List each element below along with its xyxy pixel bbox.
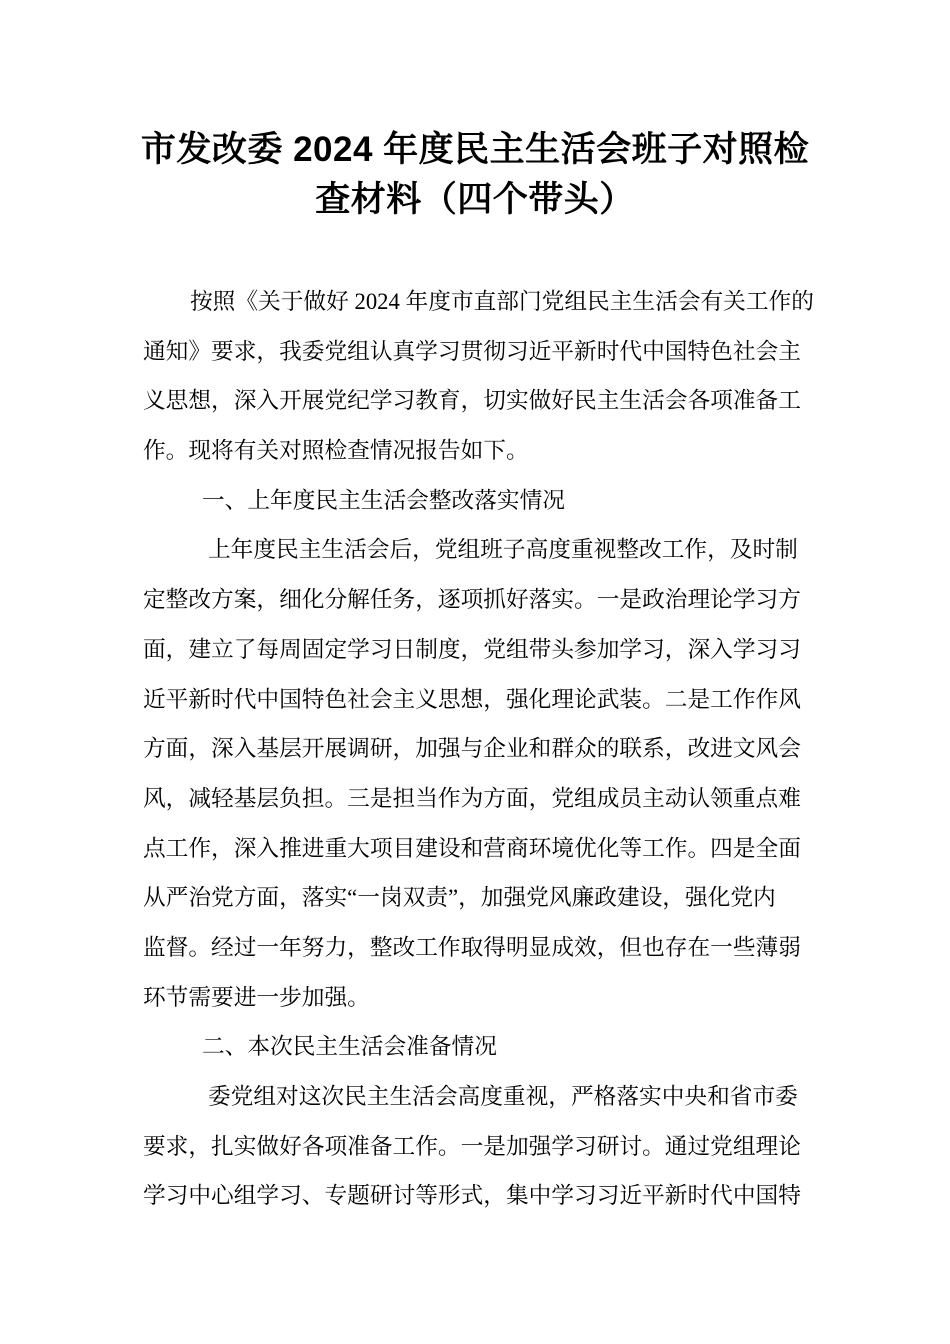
- text-line: 环节需要进一步加强。: [143, 973, 803, 1023]
- text-line: 从严治党方面，落实“一岗双责”，加强党风廉政建设，强化党内: [143, 873, 803, 923]
- text-line: 监督。经过一年努力，整改工作取得明显成效，但也存在一些薄弱: [143, 923, 803, 973]
- text-line: 点工作，深入推进重大项目建设和营商环境优化等工作。四是全面: [143, 824, 803, 874]
- text-line: 近平新时代中国特色社会主义思想，强化理论武装。二是工作作风: [143, 675, 803, 725]
- text-line: 上年度民主生活会后，党组班子高度重视整改工作，及时制: [143, 525, 803, 575]
- text-line: 按照《关于做好 2024 年度市直部门党组民主生活会有关工作的: [143, 277, 803, 327]
- document-title: 市发改委 2024 年度民主生活会班子对照检 查材料（四个带头）: [0, 125, 950, 225]
- text-line: 委党组对这次民主生活会高度重视，严格落实中央和省市委: [143, 1072, 803, 1122]
- section-heading: 二、本次民主生活会准备情况: [143, 1022, 803, 1072]
- text-line: 风，减轻基层负担。三是担当作为方面，党组成员主动认领重点难: [143, 774, 803, 824]
- text-line: 通知》要求，我委党组认真学习贯彻习近平新时代中国特色社会主: [143, 327, 803, 377]
- text-line: 定整改方案，细化分解任务，逐项抓好落实。一是政治理论学习方: [143, 575, 803, 625]
- text-line: 学习中心组学习、专题研讨等形式，集中学习习近平新时代中国特: [143, 1171, 803, 1221]
- text-line: 方面，深入基层开展调研，加强与企业和群众的联系，改进文风会: [143, 724, 803, 774]
- document-title-line-2: 查材料（四个带头）: [0, 175, 950, 225]
- text-line: 面，建立了每周固定学习日制度，党组带头参加学习，深入学习习: [143, 625, 803, 675]
- text-line: 要求，扎实做好各项准备工作。一是加强学习研讨。通过党组理论: [143, 1122, 803, 1172]
- document-page: 市发改委 2024 年度民主生活会班子对照检 查材料（四个带头） 按照《关于做好…: [0, 0, 950, 1344]
- text-line: 义思想，深入开展党纪学习教育，切实做好民主生活会各项准备工: [143, 376, 803, 426]
- section-heading: 一、上年度民主生活会整改落实情况: [143, 476, 803, 526]
- document-title-line-1: 市发改委 2024 年度民主生活会班子对照检: [0, 125, 950, 175]
- text-line: 作。现将有关对照检查情况报告如下。: [143, 426, 803, 476]
- document-body: 按照《关于做好 2024 年度市直部门党组民主生活会有关工作的通知》要求，我委党…: [143, 277, 803, 1221]
